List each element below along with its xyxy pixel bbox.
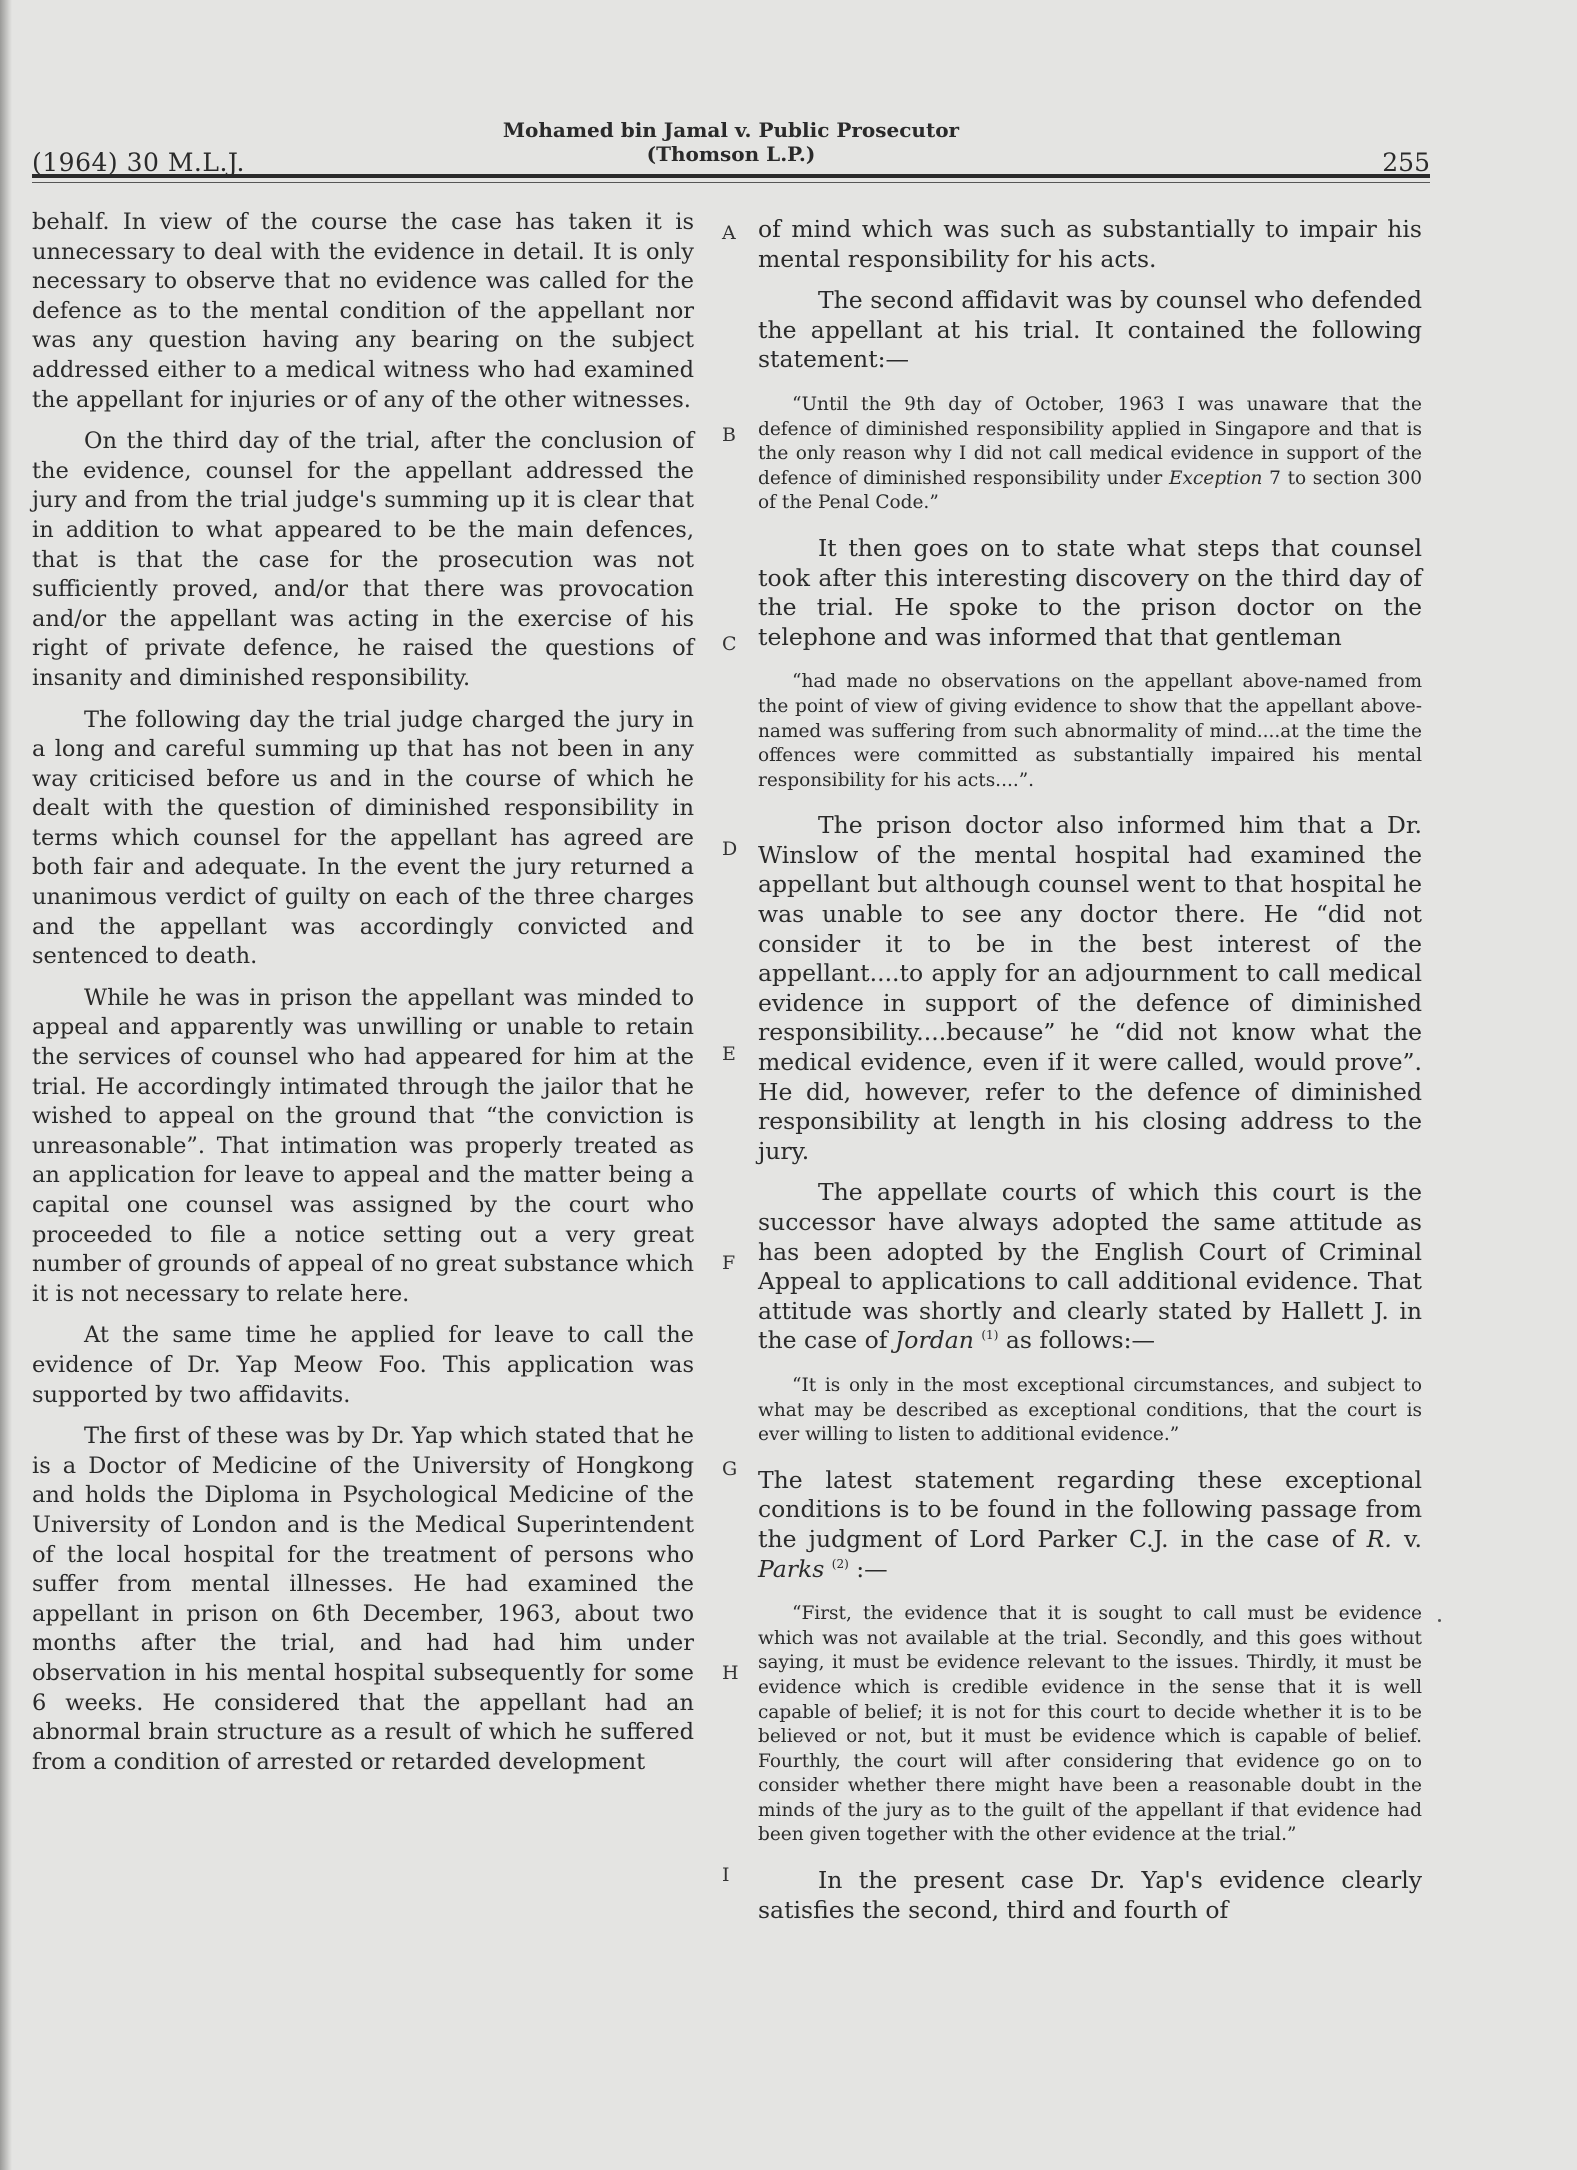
margin-letter: E xyxy=(722,1043,736,1065)
case-citation-parks: Parks xyxy=(758,1555,824,1583)
left-column: behalf. In view of the course the case h… xyxy=(32,208,694,1777)
page-binding-edge xyxy=(0,0,12,2170)
header-rule-thick xyxy=(32,174,1430,178)
margin-letter: H xyxy=(722,1662,739,1684)
margin-letter: I xyxy=(722,1864,730,1886)
margin-letter: A xyxy=(722,222,736,244)
footnote-ref: (2) xyxy=(832,1557,849,1571)
margin-letter: D xyxy=(722,838,737,860)
block-quote: “Until the 9th day of October, 1963 I wa… xyxy=(758,393,1422,516)
margin-letter: C xyxy=(722,633,737,655)
judge-name: (Thomson L.P.) xyxy=(32,142,1430,166)
right-column: of mind which was such as substantially … xyxy=(758,215,1422,1925)
paragraph: The first of these was by Dr. Yap which … xyxy=(32,1422,694,1777)
paragraph: behalf. In view of the course the case h… xyxy=(32,208,694,415)
block-quote: “It is only in the most exceptional circ… xyxy=(758,1374,1422,1448)
paragraph: The second affidavit was by counsel who … xyxy=(758,286,1422,375)
paragraph: The latest statement regarding these exc… xyxy=(758,1466,1422,1584)
case-citation-jordan: Jordan xyxy=(895,1326,974,1354)
paragraph: The appellate courts of which this court… xyxy=(758,1178,1422,1356)
paragraph: On the third day of the trial, after the… xyxy=(32,427,694,693)
paragraph: In the present case Dr. Yap's evidence c… xyxy=(758,1866,1422,1925)
header-rule-thin xyxy=(32,182,1430,183)
block-quote: “First, the evidence that it is sought t… xyxy=(758,1602,1422,1848)
margin-letter: F xyxy=(722,1252,735,1274)
page-number: 255 xyxy=(1382,148,1430,177)
margin-letter: G xyxy=(722,1458,737,1480)
case-title: Mohamed bin Jamal v. Public Prosecutor xyxy=(32,118,1430,142)
paragraph: of mind which was such as substantially … xyxy=(758,215,1422,274)
case-heading: Mohamed bin Jamal v. Public Prosecutor (… xyxy=(32,118,1430,166)
paragraph: The prison doctor also informed him that… xyxy=(758,811,1422,1166)
paragraph: While he was in prison the appellant was… xyxy=(32,984,694,1310)
print-speck xyxy=(1438,1619,1441,1622)
footnote-ref: (1) xyxy=(981,1329,998,1343)
running-header: (1964) 30 M.L.J. Mohamed bin Jamal v. Pu… xyxy=(32,108,1430,178)
block-quote: “had made no observations on the appella… xyxy=(758,670,1422,793)
margin-letter: B xyxy=(722,424,736,446)
paragraph: It then goes on to state what steps that… xyxy=(758,534,1422,652)
paragraph: At the same time he applied for leave to… xyxy=(32,1321,694,1410)
paragraph: The following day the trial judge charge… xyxy=(32,706,694,972)
